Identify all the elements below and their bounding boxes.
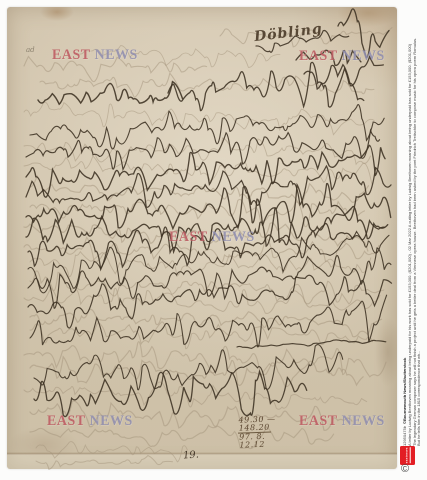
page-number: 19.	[183, 449, 200, 461]
handwritten-sums: 49.30 — 148.20 97. 8. 12.12	[237, 415, 277, 449]
east-news-watermark: EAST NEWS	[47, 415, 133, 430]
watermark-word-east: EAST	[52, 49, 91, 64]
press-photo-page: Döbling ad 49.30 — 148.20 97. 8. 12.12 1…	[0, 0, 427, 480]
caption-body: But he tells him in the 1815 corresponde…	[417, 12, 422, 446]
sum-row: 12.12	[238, 441, 266, 450]
east-news-watermark: EAST NEWS	[299, 415, 385, 430]
watermark-word-east: EAST	[47, 415, 86, 430]
east-news-logo-text: eastnews	[405, 448, 410, 464]
paper-stain	[337, 7, 397, 27]
watermark-word-east: EAST	[299, 50, 338, 65]
east-news-watermark: EAST NEWS	[169, 231, 255, 246]
watermark-word-news: NEWS	[95, 49, 138, 64]
paper-stain	[375, 317, 397, 387]
east-news-watermark: EAST NEWS	[52, 49, 138, 64]
watermark-word-news: NEWS	[90, 415, 133, 430]
photo-caption-strip: 12950475b©Bournemouth News/Shutterstock …	[403, 12, 422, 446]
copyright-icon: ©	[401, 463, 409, 475]
watermark-word-east: EAST	[169, 231, 208, 246]
paper-stain	[40, 7, 74, 21]
watermark-word-east: EAST	[299, 415, 338, 430]
pencil-note: ad	[26, 46, 35, 54]
east-news-watermark: EAST NEWS	[299, 50, 385, 65]
watermark-word-news: NEWS	[212, 231, 255, 246]
photo-credit: ©Bournemouth News/Shutterstock	[403, 358, 407, 424]
paper-bottom-strip	[7, 455, 397, 469]
watermark-word-news: NEWS	[342, 415, 385, 430]
photo-id: 12950475b	[403, 426, 407, 446]
watermark-word-news: NEWS	[342, 50, 385, 65]
